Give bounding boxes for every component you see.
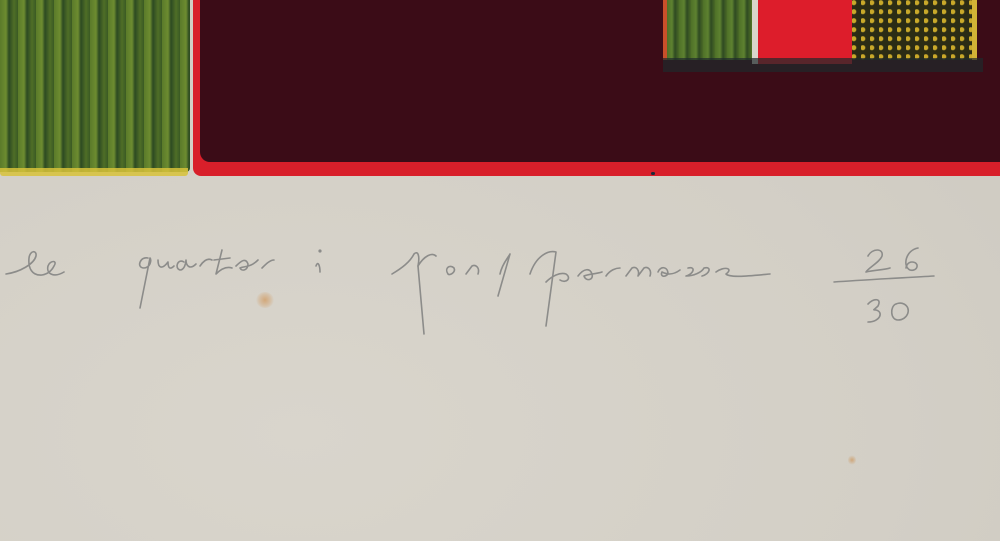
foxing-stain bbox=[848, 455, 856, 465]
green-striped-block bbox=[0, 0, 190, 172]
inner-red-window bbox=[758, 0, 852, 64]
ink-speck bbox=[651, 172, 655, 175]
handwriting-svg bbox=[0, 246, 1000, 346]
printed-image-area bbox=[0, 0, 1000, 180]
dark-window-sill bbox=[663, 58, 983, 72]
inner-olive-window bbox=[852, 0, 977, 60]
yellow-edge bbox=[0, 168, 188, 176]
inner-green-window bbox=[663, 0, 757, 60]
pencil-inscription: Le quartier Montparnasse 26/30 bbox=[0, 246, 1000, 346]
